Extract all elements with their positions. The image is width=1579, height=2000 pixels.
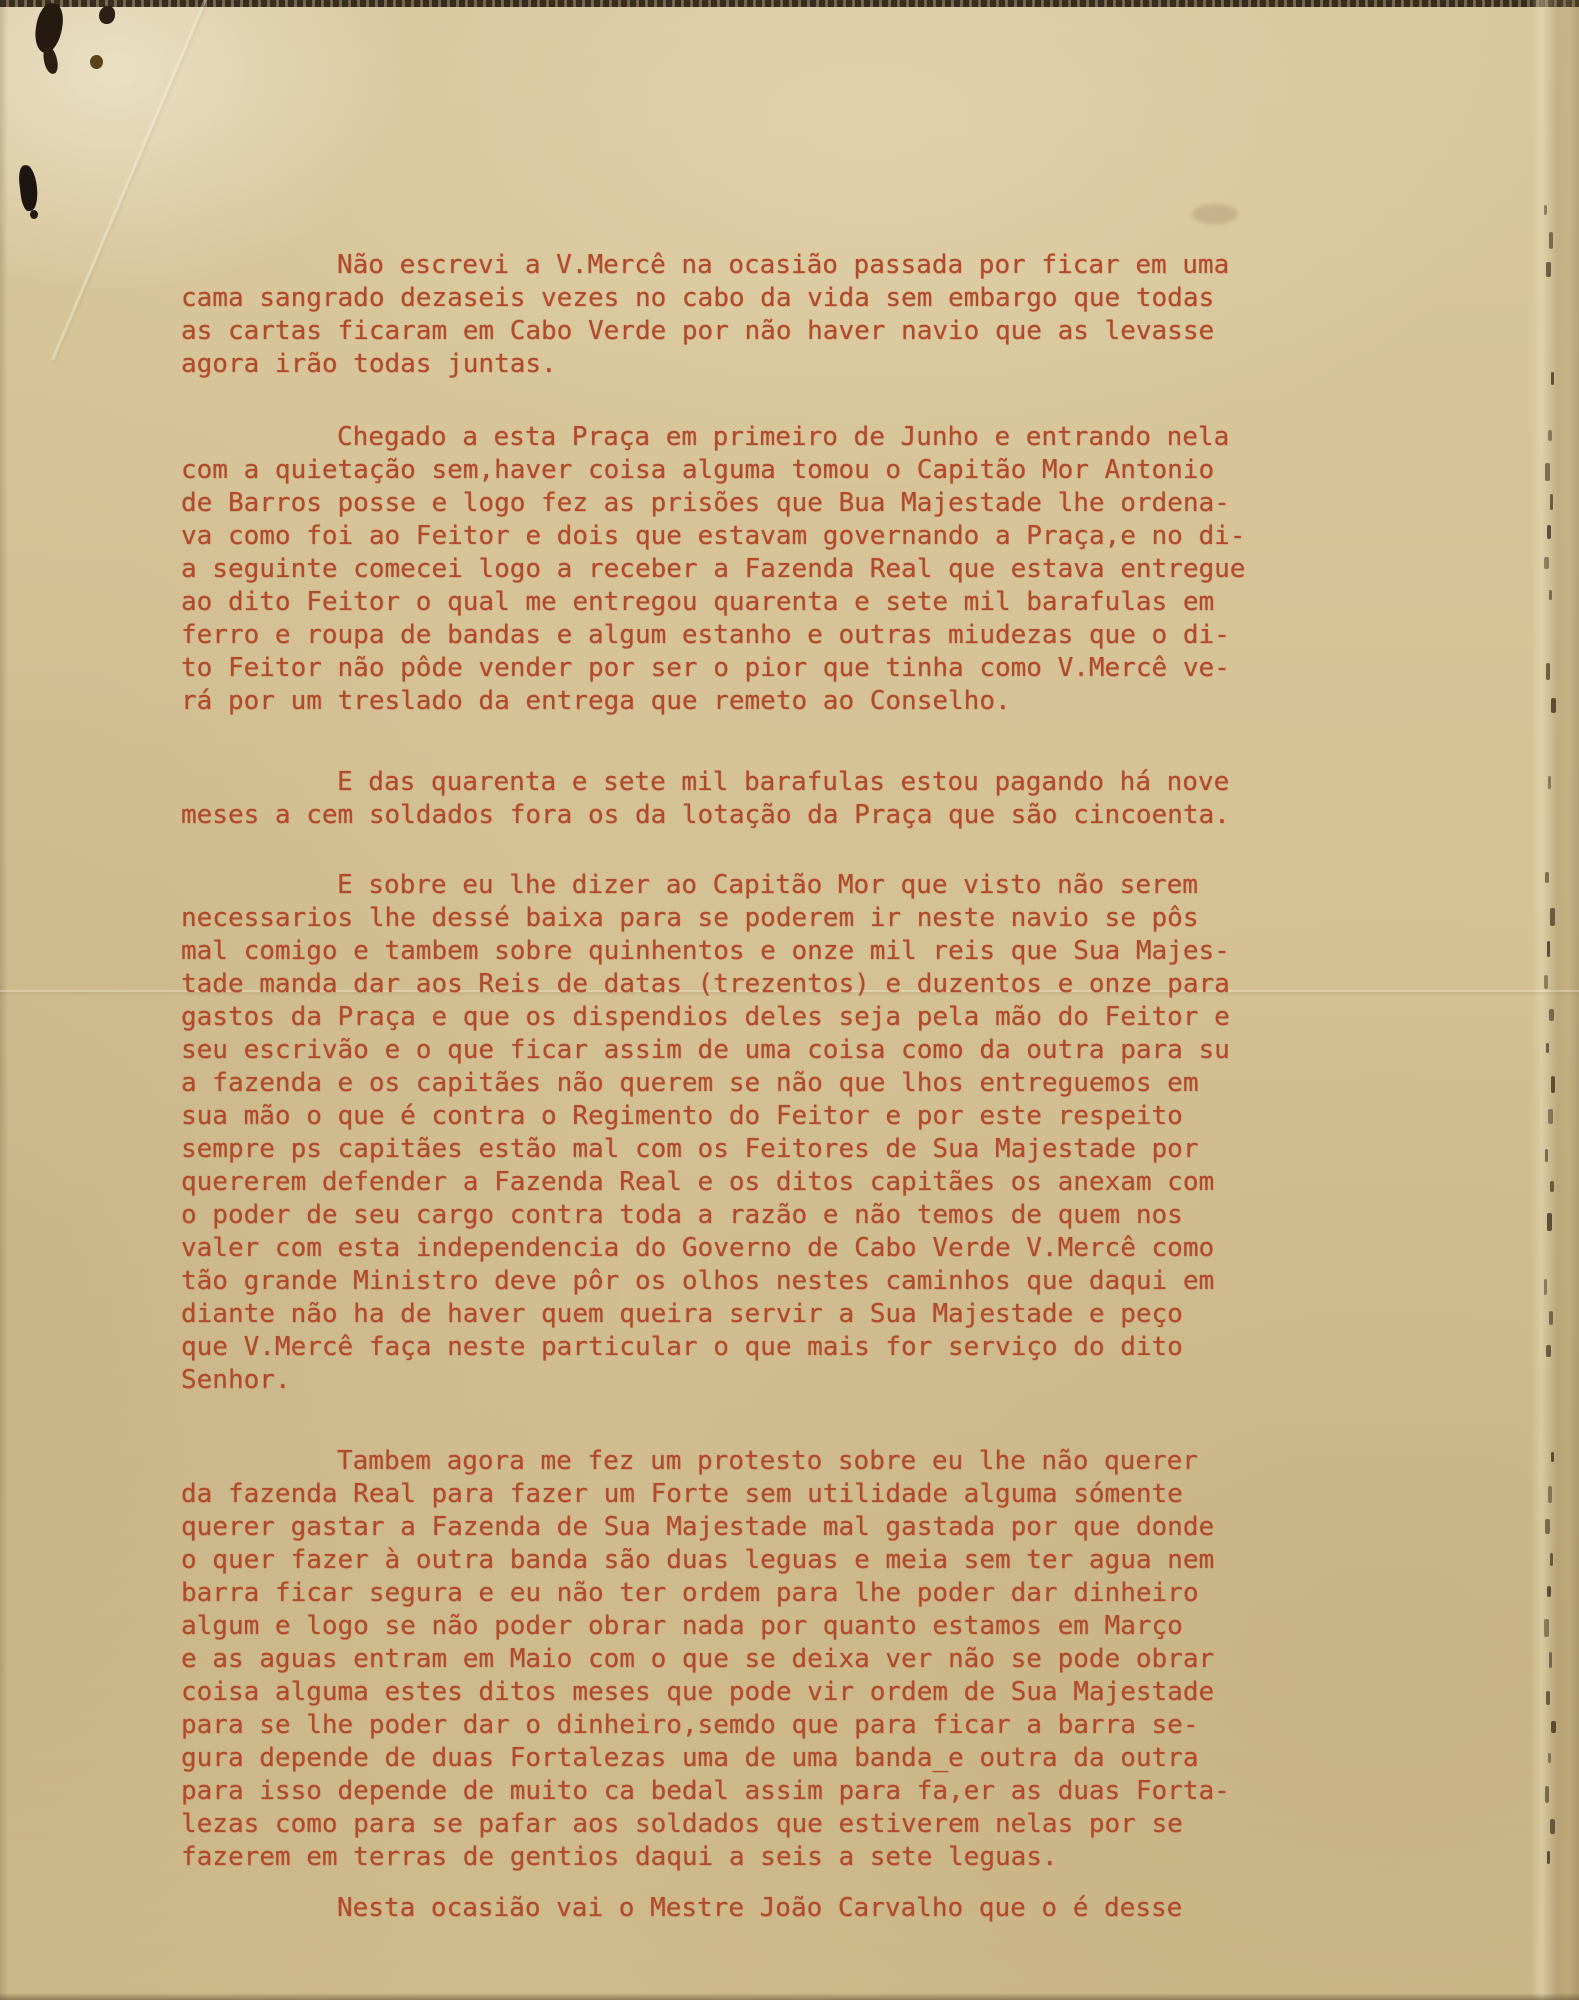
- text-line: Tambem agora me fez um protesto sobre eu…: [181, 1445, 1301, 1478]
- page-edge-mark: [1548, 430, 1552, 441]
- page-edge-mark: [1546, 1691, 1550, 1705]
- text-line: para isso depende de muito ca bedal assi…: [181, 1775, 1301, 1808]
- text-line: agora irão todas juntas.: [181, 348, 1301, 381]
- text-line: algum e logo se não poder obrar nada por…: [181, 1610, 1301, 1643]
- text-line: lezas como para se pafar aos soldados qu…: [181, 1808, 1301, 1841]
- page-left-edge: [0, 0, 8, 2000]
- page-edge-mark: [1551, 698, 1556, 713]
- page-edge-mark: [1549, 232, 1553, 249]
- paragraph: Não escrevi a V.Mercê na ocasião passada…: [181, 249, 1301, 381]
- page-edge-mark: [1547, 1586, 1551, 1597]
- text-line: fazerem em terras de gentios daqui a sei…: [181, 1841, 1301, 1874]
- paper-smudge: [1192, 204, 1238, 224]
- text-line: a fazenda e os capitães não querem se nã…: [181, 1067, 1301, 1100]
- page-edge-mark: [1548, 1753, 1551, 1763]
- page-edge-mark: [1546, 262, 1551, 277]
- text-line: e as aguas entram em Maio com o que se d…: [181, 1643, 1301, 1676]
- page-edge-mark: [1550, 908, 1555, 926]
- text-line: E das quarenta e sete mil barafulas esto…: [181, 766, 1301, 799]
- page-edge-mark: [1545, 872, 1549, 883]
- text-line: tão grande Ministro deve pôr os olhos ne…: [181, 1265, 1301, 1298]
- text-line: Senhor.: [181, 1364, 1301, 1397]
- page-edge-mark: [1545, 1149, 1548, 1162]
- page-edge-mark: [1551, 1076, 1555, 1093]
- text-line: tade manda dar aos Reis de datas (trezen…: [181, 968, 1301, 1001]
- page-edge-mark: [1547, 941, 1550, 957]
- text-line: necessarios lhe dessé baixa para se pode…: [181, 902, 1301, 935]
- text-line: de Barros posse e logo fez as prisões qu…: [181, 487, 1301, 520]
- page-edge-mark: [1544, 557, 1549, 569]
- page-edge-mark: [1545, 1786, 1549, 1803]
- page-edge-mark: [1549, 1009, 1554, 1021]
- text-line: rá por um treslado da entrega que remeto…: [181, 685, 1301, 718]
- ink-stain: [90, 55, 103, 69]
- text-line: quererem defender a Fazenda Real e os di…: [181, 1166, 1301, 1199]
- page-edge-mark: [1549, 1652, 1552, 1668]
- text-line: seu escrivão e o que ficar assim de uma …: [181, 1034, 1301, 1067]
- text-line: mal comigo e tambem sobre quinhentos e o…: [181, 935, 1301, 968]
- text-line: cama sangrado dezaseis vezes no cabo da …: [181, 282, 1301, 315]
- text-line: sempre ps capitães estão mal com os Feit…: [181, 1133, 1301, 1166]
- ink-stain: [30, 210, 38, 219]
- page-edge-mark: [1545, 1519, 1550, 1534]
- text-block: Não escrevi a V.Mercê na ocasião passada…: [181, 249, 1301, 1925]
- page-edge-mark: [1550, 1819, 1555, 1834]
- text-line: barra ficar segura e eu não ter ordem pa…: [181, 1577, 1301, 1610]
- page-edge-mark: [1551, 1721, 1556, 1733]
- paragraph: E das quarenta e sete mil barafulas esto…: [181, 766, 1301, 832]
- page-edge-mark: [1544, 975, 1548, 989]
- text-line: gura depende de duas Fortalezas uma de u…: [181, 1742, 1301, 1775]
- text-line: meses a cem soldados fora os da lotação …: [181, 799, 1301, 832]
- page-edge-mark: [1548, 1486, 1552, 1503]
- text-line: que V.Mercê faça neste particular o que …: [181, 1331, 1301, 1364]
- page-edge-mark: [1551, 372, 1554, 385]
- text-line: da fazenda Real para fazer um Forte sem …: [181, 1478, 1301, 1511]
- text-line: a seguinte comecei logo a receber a Faze…: [181, 553, 1301, 586]
- ink-stain: [17, 164, 39, 212]
- page-right-edge: [1531, 0, 1579, 2000]
- text-line: gastos da Praça e que os dispendios dele…: [181, 1001, 1301, 1034]
- page-edge-mark: [1547, 1851, 1550, 1864]
- page-edge-mark: [1544, 1619, 1549, 1637]
- page-edge-mark: [1550, 1181, 1554, 1192]
- page-bottom-edge: [0, 1993, 1579, 2000]
- paragraph: Nesta ocasião vai o Mestre João Carvalho…: [181, 1892, 1301, 1925]
- text-line: ao dito Feitor o qual me entregou quaren…: [181, 586, 1301, 619]
- text-line: coisa alguma estes ditos meses que pode …: [181, 1676, 1301, 1709]
- page-edge-mark: [1549, 590, 1552, 600]
- page-edge-mark: [1544, 205, 1547, 215]
- page-edge-mark: [1547, 1213, 1552, 1231]
- page-edge-mark: [1544, 1279, 1547, 1295]
- text-line: Chegado a esta Praça em primeiro de Junh…: [181, 421, 1301, 454]
- text-line: ferro e roupa de bandas e algum estanho …: [181, 619, 1301, 652]
- document-page: Não escrevi a V.Mercê na ocasião passada…: [0, 0, 1579, 2000]
- text-line: o poder de seu cargo contra toda a razão…: [181, 1199, 1301, 1232]
- page-edge-mark: [1546, 1043, 1549, 1053]
- text-line: para se lhe poder dar o dinheiro,semdo q…: [181, 1709, 1301, 1742]
- page-edge-mark: [1550, 494, 1553, 510]
- text-line: as cartas ficaram em Cabo Verde por não …: [181, 315, 1301, 348]
- text-line: querer gastar a Fazenda de Sua Majestade…: [181, 1511, 1301, 1544]
- text-line: to Feitor não pôde vender por ser o pior…: [181, 652, 1301, 685]
- paragraph: E sobre eu lhe dizer ao Capitão Mor que …: [181, 869, 1301, 1397]
- paragraph: Tambem agora me fez um protesto sobre eu…: [181, 1445, 1301, 1874]
- page-edge-mark: [1549, 1311, 1553, 1325]
- page-edge-mark: [1545, 463, 1550, 481]
- text-line: va como foi ao Feitor e dois que estavam…: [181, 520, 1301, 553]
- ink-stain: [99, 6, 115, 24]
- page-edge-mark: [1546, 663, 1550, 680]
- text-line: Não escrevi a V.Mercê na ocasião passada…: [181, 249, 1301, 282]
- text-line: o quer fazer à outra banda são duas legu…: [181, 1544, 1301, 1577]
- page-edge-mark: [1548, 1109, 1553, 1124]
- page-edge-mark: [1547, 525, 1551, 539]
- text-line: valer com esta independencia do Governo …: [181, 1232, 1301, 1265]
- text-line: sua mão o que é contra o Regimento do Fe…: [181, 1100, 1301, 1133]
- ink-stain: [42, 45, 60, 75]
- page-edge-mark: [1548, 776, 1551, 789]
- page-edge-mark: [1546, 1345, 1551, 1357]
- text-line: Nesta ocasião vai o Mestre João Carvalho…: [181, 1892, 1301, 1925]
- text-line: diante não ha de haver quem queira servi…: [181, 1298, 1301, 1331]
- page-edge-mark: [1551, 1452, 1554, 1462]
- paragraph: Chegado a esta Praça em primeiro de Junh…: [181, 421, 1301, 718]
- page-edge-mark: [1550, 1553, 1553, 1566]
- page-top-edge: [0, 0, 1579, 7]
- text-line: com a quietação sem,haver coisa alguma t…: [181, 454, 1301, 487]
- text-line: E sobre eu lhe dizer ao Capitão Mor que …: [181, 869, 1301, 902]
